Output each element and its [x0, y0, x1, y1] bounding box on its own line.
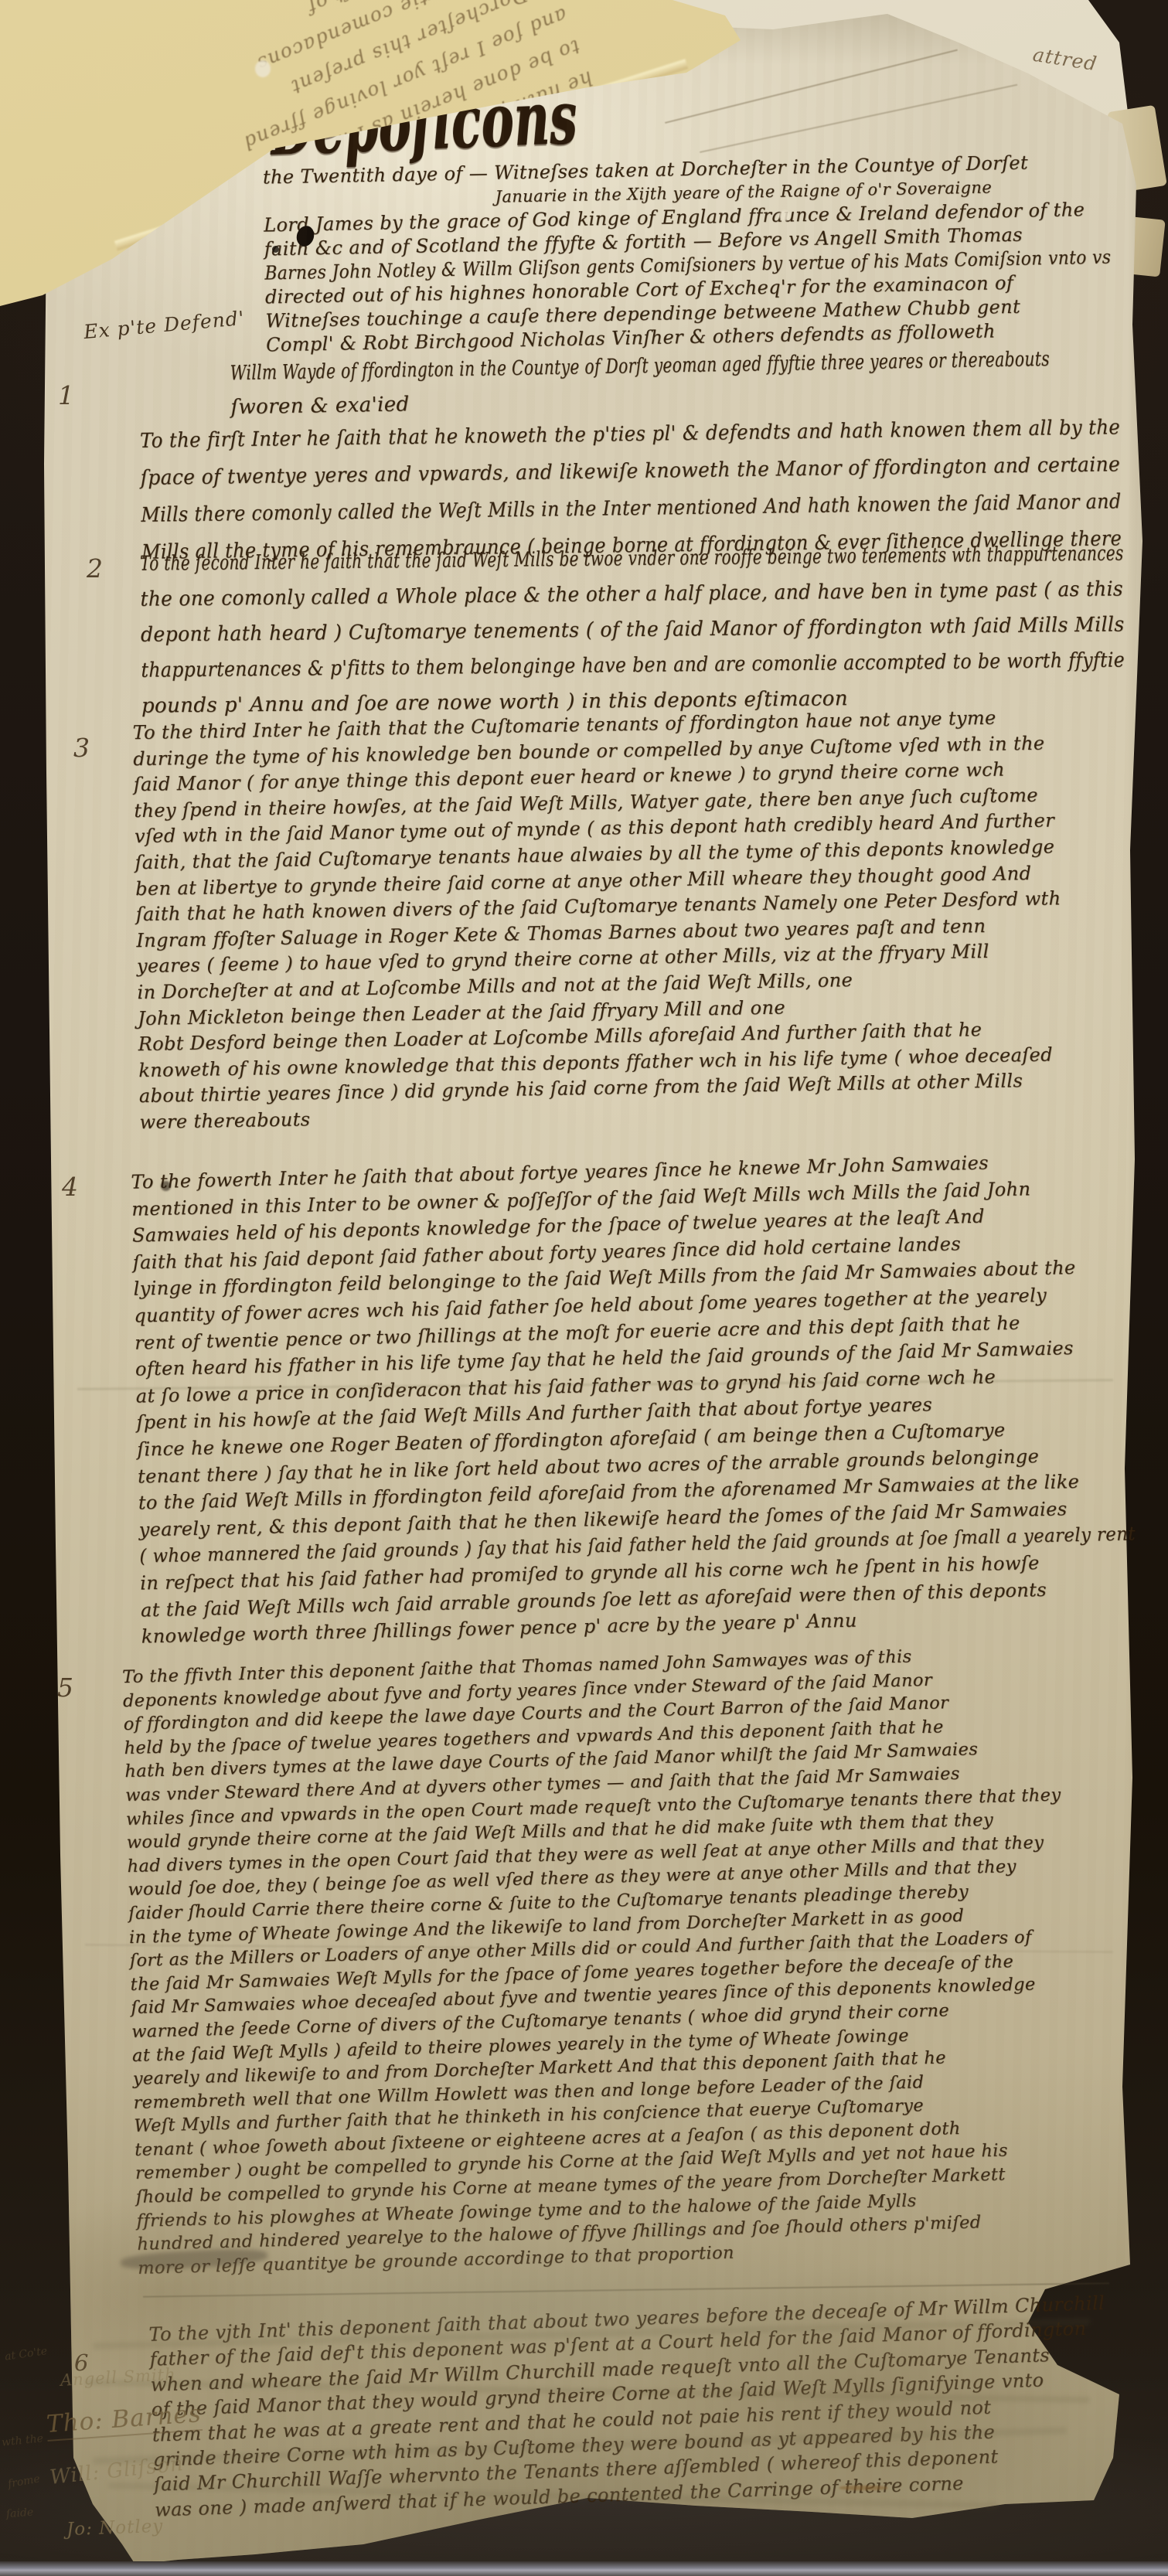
answer-paragraph-6: To the vjth Int' this deponent ſaith tha… [148, 2290, 1121, 2523]
fragment-hole [255, 60, 271, 77]
answer-paragraph-2: To the ſecond Inter he ſaith that the ſa… [140, 536, 1125, 723]
table-edge [0, 2561, 1168, 2576]
margin-scrap: at Co'te [4, 2345, 48, 2363]
manuscript-photo: attred Depoſicõns the Twentith daye of —… [0, 0, 1168, 2576]
margin-number-5: 5 [57, 1673, 73, 1703]
margin-scrap: frome [7, 2472, 41, 2490]
answer-paragraph-3: To the third Inter he ſaith that the Cuſ… [132, 703, 1129, 1136]
margin-number-4: 4 [62, 1172, 78, 1202]
answer-paragraph-5: To the ffivth Inter this deponent ſaithe… [122, 1639, 1142, 2280]
margin-scrap: wth the [1, 2432, 43, 2449]
signature-jo-notley: Jo: Notley [66, 2516, 164, 2540]
margin-number-3: 3 [73, 733, 90, 763]
backing-sheet-inscription: attred [1031, 43, 1098, 76]
margin-number-1: 1 [58, 380, 74, 410]
margin-number-2: 2 [87, 553, 103, 584]
answer-paragraph-4: To the fowerth Inter he ſaith that about… [131, 1146, 1137, 1650]
intro-paragraph: the Twentith daye of — Witneſses taken a… [263, 150, 1113, 358]
margin-scrap: ſaide [5, 2506, 33, 2520]
